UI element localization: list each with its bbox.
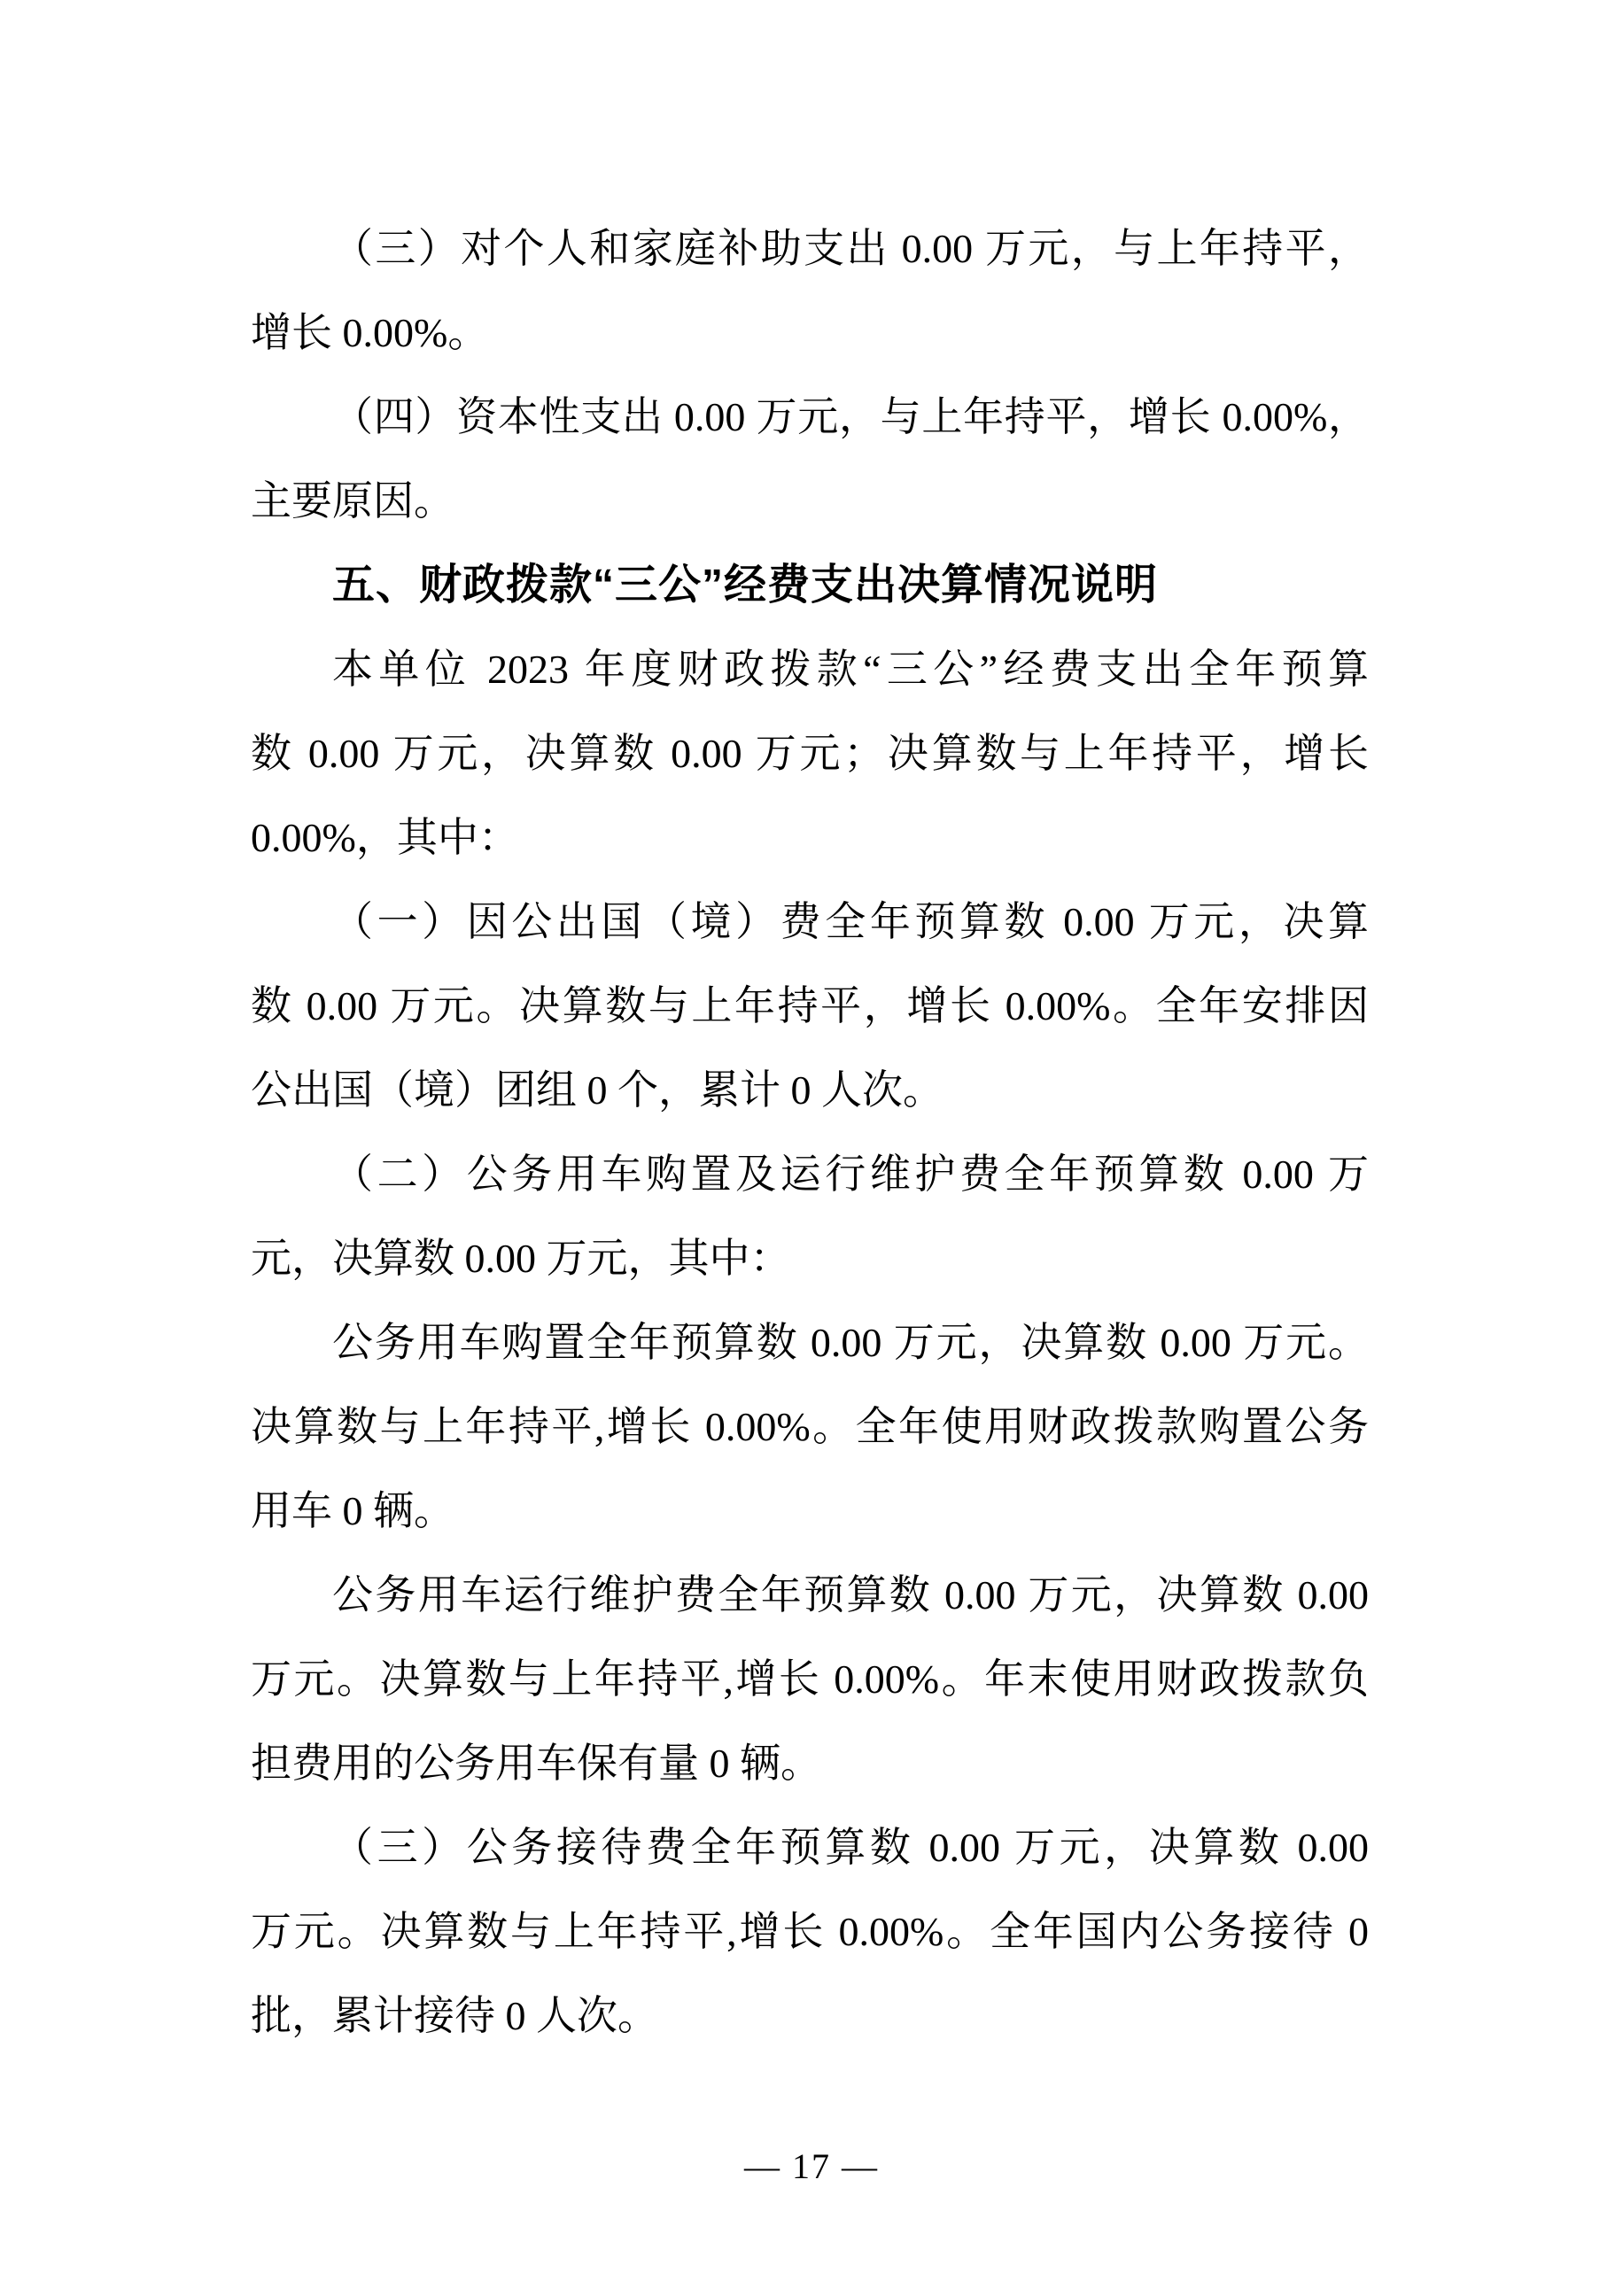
text-line: 增长 0.00%。	[251, 291, 1369, 375]
page-number: — 17 —	[0, 2145, 1623, 2187]
paragraph-vehicle-total: （二）公务用车购置及运行维护费全年预算数 0.00 万 元，决算数 0.00 万…	[251, 1132, 1369, 1300]
text-line: 担费用的公务用车保有量 0 辆。	[251, 1721, 1369, 1805]
text-line: 万元。决算数与上年持平,增长 0.00%。年末使用财政拨款负	[251, 1637, 1369, 1721]
paragraph-vehicle-maintenance: 公务用车运行维护费全年预算数 0.00 万元，决算数 0.00 万元。决算数与上…	[251, 1553, 1369, 1805]
text-line: 数 0.00 万元。决算数与上年持平，增长 0.00%。全年安排因	[251, 964, 1369, 1048]
text-line: 批，累计接待 0 人次。	[251, 1974, 1369, 2058]
heading-text: 五、财政拨款“三公”经费支出决算情况说明	[332, 543, 1369, 627]
text-line: 用车 0 辆。	[251, 1469, 1369, 1553]
text-line: 公出国（境）团组 0 个，累计 0 人次。	[251, 1048, 1369, 1132]
paragraph-subsidy-expense: （三）对个人和家庭补助支出 0.00 万元，与上年持平， 增长 0.00%。	[251, 206, 1369, 375]
text-line: （三）公务接待费全年预算数 0.00 万元，决算数 0.00	[332, 1805, 1369, 1889]
text-line: 公务用车运行维护费全年预算数 0.00 万元，决算数 0.00	[332, 1553, 1369, 1637]
document-body: （三）对个人和家庭补助支出 0.00 万元，与上年持平， 增长 0.00%。 （…	[251, 206, 1369, 2058]
text-line: 本单位 2023 年度财政拨款“三公”经费支出全年预算	[332, 627, 1369, 711]
text-line: 公务用车购置全年预算数 0.00 万元，决算数 0.00 万元。	[332, 1300, 1369, 1385]
paragraph-reception-expense: （三）公务接待费全年预算数 0.00 万元，决算数 0.00 万元。决算数与上年…	[251, 1805, 1369, 2058]
paragraph-abroad-expense: （一）因公出国（境）费全年预算数 0.00 万元，决算 数 0.00 万元。决算…	[251, 880, 1369, 1132]
text-line: （二）公务用车购置及运行维护费全年预算数 0.00 万	[332, 1132, 1369, 1216]
paragraph-capital-expense: （四）资本性支出 0.00 万元，与上年持平，增长 0.00%， 主要原因。	[251, 375, 1369, 543]
text-line: 主要原因。	[251, 459, 1369, 543]
text-line: （四）资本性支出 0.00 万元，与上年持平，增长 0.00%，	[332, 375, 1369, 459]
paragraph-vehicle-purchase: 公务用车购置全年预算数 0.00 万元，决算数 0.00 万元。 决算数与上年持…	[251, 1300, 1369, 1553]
text-line: 数 0.00 万元，决算数 0.00 万元；决算数与上年持平，增长	[251, 711, 1369, 795]
paragraph-sangong-overview: 本单位 2023 年度财政拨款“三公”经费支出全年预算 数 0.00 万元，决算…	[251, 627, 1369, 880]
text-line: 决算数与上年持平,增长 0.00%。全年使用财政拨款购置公务	[251, 1385, 1369, 1469]
text-line: 元，决算数 0.00 万元，其中：	[251, 1216, 1369, 1300]
text-line: （三）对个人和家庭补助支出 0.00 万元，与上年持平，	[332, 206, 1369, 291]
text-line: （一）因公出国（境）费全年预算数 0.00 万元，决算	[332, 880, 1369, 964]
document-page: （三）对个人和家庭补助支出 0.00 万元，与上年持平， 增长 0.00%。 （…	[0, 0, 1623, 2296]
text-line: 0.00%，其中：	[251, 795, 1369, 880]
text-line: 万元。决算数与上年持平,增长 0.00%。全年国内公务接待 0	[251, 1889, 1369, 1974]
section-heading: 五、财政拨款“三公”经费支出决算情况说明	[251, 543, 1369, 627]
